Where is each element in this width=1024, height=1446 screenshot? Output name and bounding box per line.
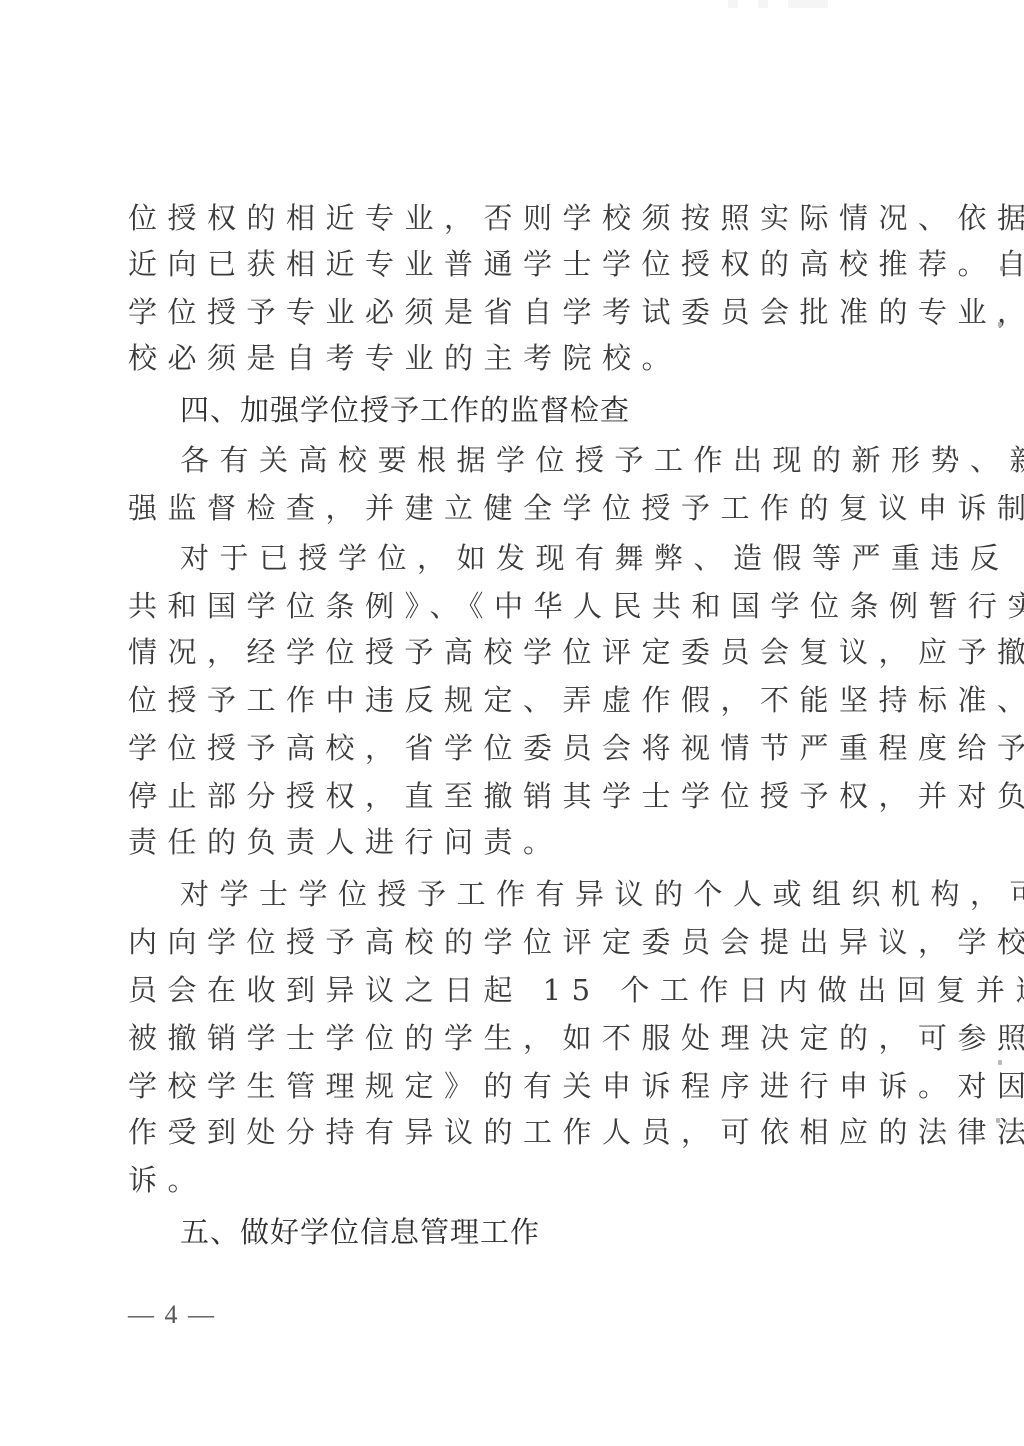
text-line: 位授权的相近专业，否则学校须按照实际情况、依据相关法规就 [128,198,888,238]
text-line: 学校学生管理规定》的有关申诉程序进行申诉。对因学位授予工 [128,1066,888,1106]
section-heading-4: 四、加强学位授予工作的监督检查 [180,390,630,430]
scan-speck [996,1118,1000,1123]
document-page: 位授权的相近专业，否则学校须按照实际情况、依据相关法规就 近向已获相近专业普通学… [0,0,1024,1446]
text-line: 情况，经学位授予高校学位评定委员会复议，应予撤销。对在学 [128,632,888,672]
text-line: 学位授予高校，省学位委员会将视情节严重程度给予通报批评、 [128,728,888,768]
text-line: 责任的负责人进行问责。 [128,822,888,862]
text-line: 被撤销学士学位的学生，如不服处理决定的，可参照《普通高等 [128,1018,888,1058]
scan-artifact [728,0,828,8]
text-line: 共和国学位条例》、《中华人民共和国学位条例暂行实施办法》的 [128,586,888,626]
scan-speck [998,322,1002,327]
text-line: 位授予工作中违反规定、弄虚作假，不能坚持标准、保证质量的 [128,680,888,720]
text-line: 学位授予专业必须是省自学考试委员会批准的专业，同时授予高 [128,292,888,332]
text-line: 对学士学位授予工作有异议的个人或组织机构，可在公示期 [180,874,888,914]
text-line: 近向已获相近专业普通学士学位授权的高校推荐。自学考试学士 [128,244,888,284]
page-number: — 4 — [128,1300,216,1330]
scan-speck [998,1060,1002,1065]
section-heading-5: 五、做好学位信息管理工作 [180,1212,540,1252]
text-line: 作受到处分持有异议的工作人员，可依相应的法律法规程序申 [128,1112,888,1152]
text-line: 各有关高校要根据学位授予工作出现的新形势、新问题，加 [180,440,888,480]
text-line: 员会在收到异议之日起 15 个工作日内做出回复并送达申请人。 [128,970,888,1010]
text-line: 内向学位授予高校的学位评定委员会提出异议，学校学位评定委 [128,922,888,962]
text-line: 对于已授学位，如发现有舞弊、造假等严重违反《中华人民 [180,538,888,578]
text-line: 强监督检查，并建立健全学位授予工作的复议申诉制度。 [128,488,888,528]
text-line: 停止部分授权，直至撤销其学士学位授予权，并对负有直接管理 [128,776,888,816]
scan-speck [1000,266,1004,271]
text-line: 诉。 [128,1160,888,1200]
text-line: 校必须是自考专业的主考院校。 [128,338,888,378]
